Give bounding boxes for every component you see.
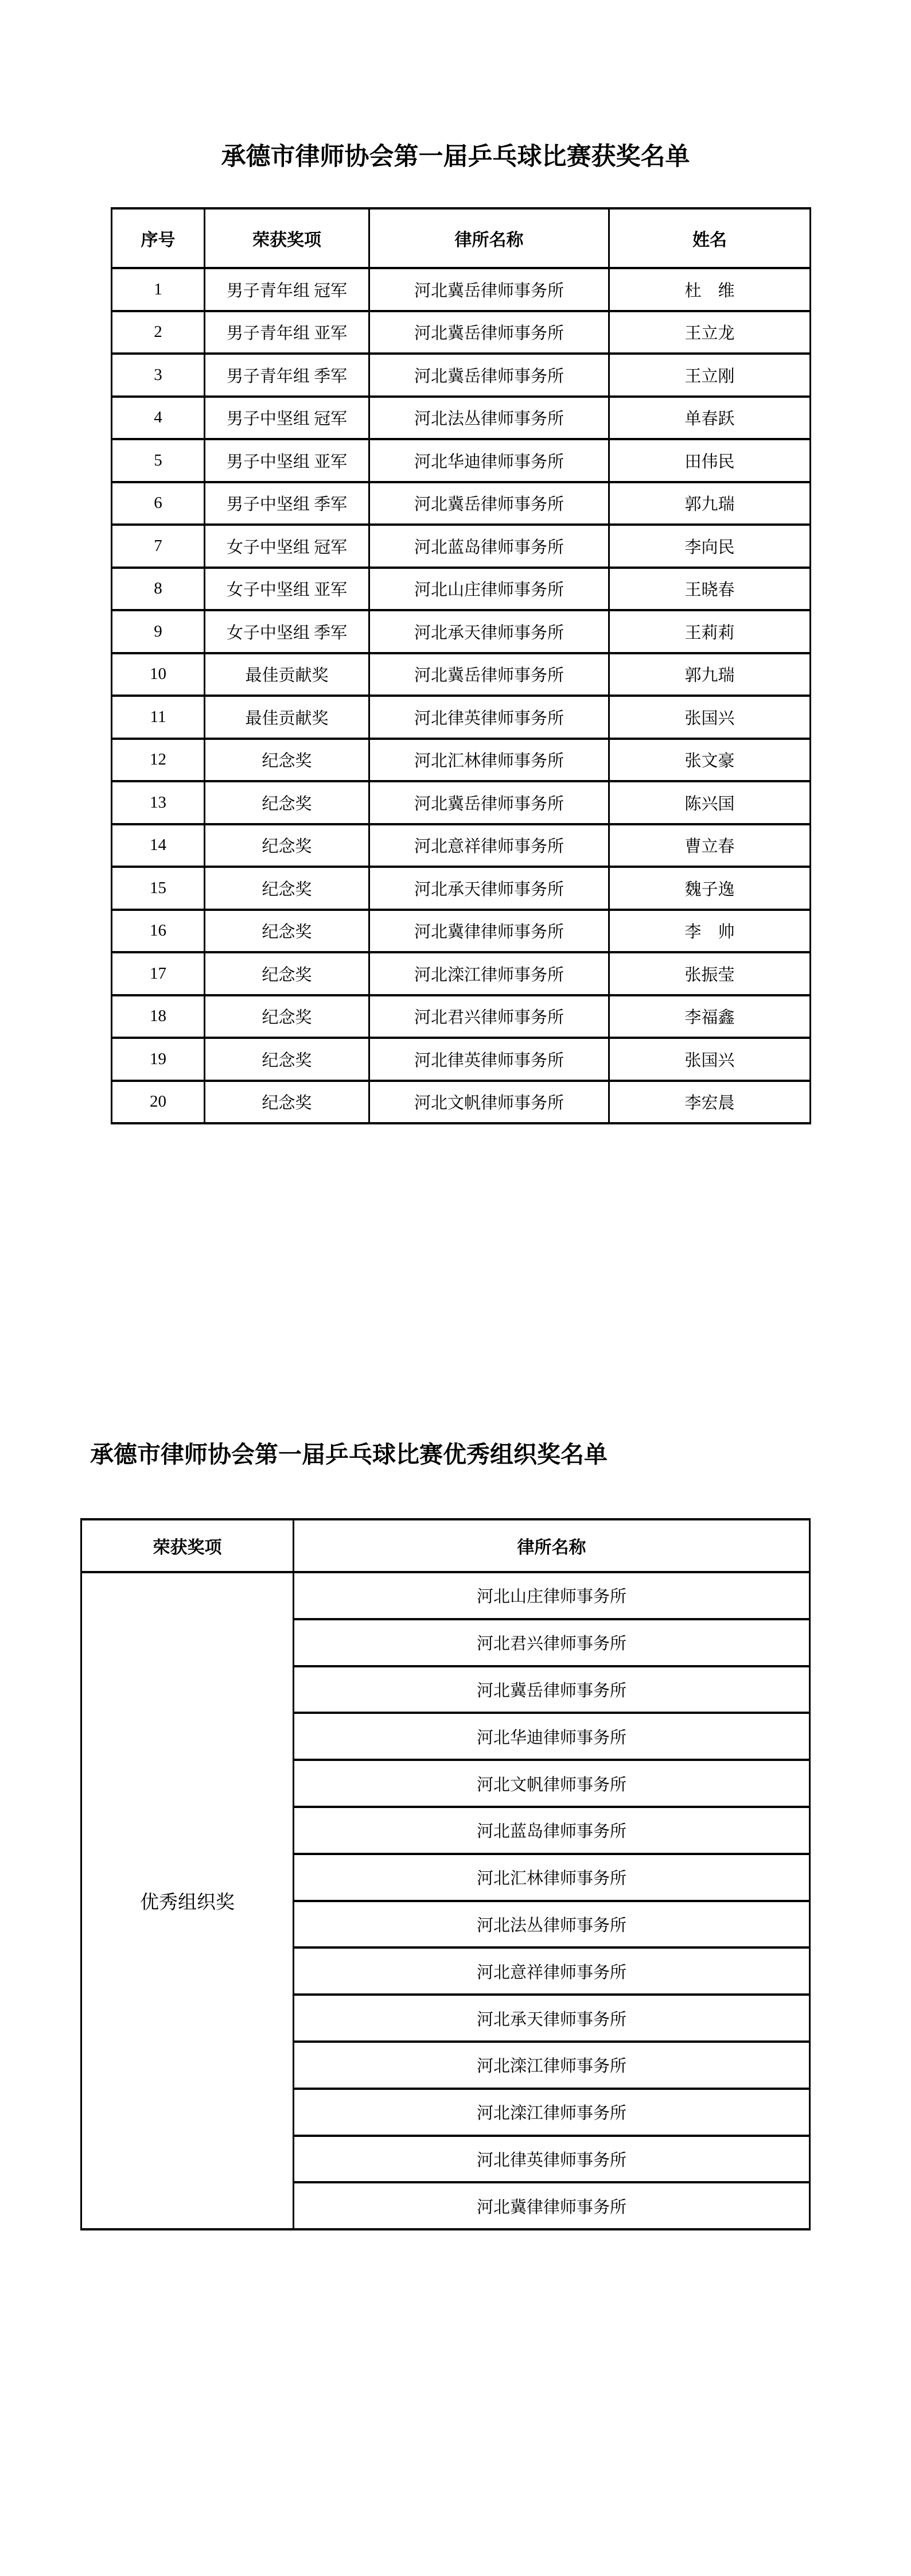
table-cell: 男子青年组 季军 (205, 354, 369, 397)
table-cell: 河北冀岳律师事务所 (294, 1666, 810, 1713)
table-row: 2男子青年组 亚军河北冀岳律师事务所王立龙 (112, 311, 811, 354)
table-cell: 王莉莉 (609, 610, 811, 653)
table-row: 11最佳贡献奖河北律英律师事务所张国兴 (112, 696, 811, 739)
table-cell: 河北承天律师事务所 (294, 1995, 810, 2042)
table-cell: 男子青年组 冠军 (205, 268, 369, 311)
table-cell: 河北法丛律师事务所 (294, 1901, 810, 1948)
table-cell: 河北滦江律师事务所 (294, 2089, 810, 2136)
table-cell: 16 (112, 910, 205, 953)
table-cell: 纪念奖 (205, 824, 369, 867)
table-cell: 17 (112, 952, 205, 995)
table-row: 20纪念奖河北文帆律师事务所李宏晨 (112, 1081, 811, 1124)
table-cell: 女子中坚组 季军 (205, 610, 369, 653)
table-cell: 河北君兴律师事务所 (294, 1619, 810, 1666)
table-cell: 单春跃 (609, 397, 811, 440)
table-row: 7女子中坚组 冠军河北蓝岛律师事务所李向民 (112, 525, 811, 568)
table-cell: 河北冀岳律师事务所 (369, 653, 609, 696)
header-cell-award: 荣获奖项 (81, 1519, 294, 1572)
table-cell: 河北律英律师事务所 (294, 2136, 810, 2183)
table-cell: 河北华迪律师事务所 (369, 439, 609, 482)
header-cell-index: 序号 (112, 208, 205, 268)
table-cell: 河北冀岳律师事务所 (369, 781, 609, 824)
table-cell: 男子中坚组 季军 (205, 482, 369, 525)
org-table-header-row: 荣获奖项 律所名称 (81, 1519, 810, 1572)
table-cell: 3 (112, 354, 205, 397)
table-cell: 河北君兴律师事务所 (369, 995, 609, 1038)
table-row: 3男子青年组 季军河北冀岳律师事务所王立刚 (112, 354, 811, 397)
award-category-cell: 优秀组织奖 (81, 1572, 294, 2229)
table-row: 优秀组织奖河北山庄律师事务所 (81, 1572, 810, 1619)
table-cell: 6 (112, 482, 205, 525)
table-cell: 河北冀律律师事务所 (369, 910, 609, 953)
table-cell: 河北冀岳律师事务所 (369, 482, 609, 525)
table-cell: 河北冀岳律师事务所 (369, 268, 609, 311)
table-cell: 河北蓝岛律师事务所 (294, 1807, 810, 1854)
table-cell: 李 帅 (609, 910, 811, 953)
table-row: 12纪念奖河北汇林律师事务所张文豪 (112, 739, 811, 782)
table-row: 16纪念奖河北冀律律师事务所李 帅 (112, 910, 811, 953)
table-cell: 14 (112, 824, 205, 867)
table-cell: 2 (112, 311, 205, 354)
table-cell: 河北承天律师事务所 (369, 867, 609, 910)
table-cell: 男子中坚组 冠军 (205, 397, 369, 440)
table-cell: 纪念奖 (205, 1081, 369, 1124)
table-cell: 河北山庄律师事务所 (369, 568, 609, 611)
table-cell: 郭九瑞 (609, 653, 811, 696)
table-cell: 最佳贡献奖 (205, 653, 369, 696)
table-row: 1男子青年组 冠军河北冀岳律师事务所杜 维 (112, 268, 811, 311)
table-cell: 王立龙 (609, 311, 811, 354)
table-cell: 河北冀岳律师事务所 (369, 354, 609, 397)
table-cell: 13 (112, 781, 205, 824)
header-cell-firm: 律所名称 (294, 1519, 810, 1572)
table-cell: 河北汇林律师事务所 (369, 739, 609, 782)
table-row: 6男子中坚组 季军河北冀岳律师事务所郭九瑞 (112, 482, 811, 525)
header-cell-award: 荣获奖项 (205, 208, 369, 268)
table-cell: 李向民 (609, 525, 811, 568)
table-row: 4男子中坚组 冠军河北法丛律师事务所单春跃 (112, 397, 811, 440)
table-cell: 女子中坚组 冠军 (205, 525, 369, 568)
table-cell: 河北意祥律师事务所 (294, 1947, 810, 1995)
org-awards-table: 荣获奖项 律所名称 优秀组织奖河北山庄律师事务所河北君兴律师事务所河北冀岳律师事… (80, 1518, 811, 2230)
table-row: 13纪念奖河北冀岳律师事务所陈兴国 (112, 781, 811, 824)
table-row: 17纪念奖河北滦江律师事务所张振莹 (112, 952, 811, 995)
table-cell: 李福鑫 (609, 995, 811, 1038)
table-row: 14纪念奖河北意祥律师事务所曹立春 (112, 824, 811, 867)
table-cell: 王晓春 (609, 568, 811, 611)
table-cell: 1 (112, 268, 205, 311)
table-cell: 田伟民 (609, 439, 811, 482)
table-cell: 12 (112, 739, 205, 782)
table-cell: 河北滦江律师事务所 (294, 2042, 810, 2089)
table-cell: 18 (112, 995, 205, 1038)
table-cell: 河北承天律师事务所 (369, 610, 609, 653)
table-cell: 7 (112, 525, 205, 568)
header-cell-name: 姓名 (609, 208, 811, 268)
org-awards-title: 承德市律师协会第一届乒乓球比赛优秀组织奖名单 (90, 1441, 608, 1469)
table-cell: 纪念奖 (205, 910, 369, 953)
table-cell: 纪念奖 (205, 995, 369, 1038)
table-cell: 纪念奖 (205, 867, 369, 910)
table-cell: 曹立春 (609, 824, 811, 867)
table-cell: 男子中坚组 亚军 (205, 439, 369, 482)
table-row: 15纪念奖河北承天律师事务所魏子逸 (112, 867, 811, 910)
table-cell: 15 (112, 867, 205, 910)
table-cell: 11 (112, 696, 205, 739)
table-cell: 河北意祥律师事务所 (369, 824, 609, 867)
table-cell: 张国兴 (609, 696, 811, 739)
awards-table-header-row: 序号 荣获奖项 律所名称 姓名 (112, 208, 811, 268)
table-cell: 8 (112, 568, 205, 611)
table-cell: 5 (112, 439, 205, 482)
table-cell: 河北冀岳律师事务所 (369, 311, 609, 354)
table-cell: 河北律英律师事务所 (369, 1038, 609, 1081)
table-cell: 河北法丛律师事务所 (369, 397, 609, 440)
table-cell: 10 (112, 653, 205, 696)
table-cell: 20 (112, 1081, 205, 1124)
table-cell: 9 (112, 610, 205, 653)
table-row: 8女子中坚组 亚军河北山庄律师事务所王晓春 (112, 568, 811, 611)
table-cell: 河北蓝岛律师事务所 (369, 525, 609, 568)
table-row: 19纪念奖河北律英律师事务所张国兴 (112, 1038, 811, 1081)
table-cell: 河北律英律师事务所 (369, 696, 609, 739)
table-cell: 张振莹 (609, 952, 811, 995)
table-cell: 19 (112, 1038, 205, 1081)
table-cell: 河北华迪律师事务所 (294, 1713, 810, 1760)
table-cell: 李宏晨 (609, 1081, 811, 1124)
table-cell: 纪念奖 (205, 1038, 369, 1081)
table-cell: 杜 维 (609, 268, 811, 311)
header-cell-firm: 律所名称 (369, 208, 609, 268)
table-row: 18纪念奖河北君兴律师事务所李福鑫 (112, 995, 811, 1038)
table-cell: 张国兴 (609, 1038, 811, 1081)
awards-list-title: 承德市律师协会第一届乒乓球比赛获奖名单 (0, 142, 911, 172)
table-row: 5男子中坚组 亚军河北华迪律师事务所田伟民 (112, 439, 811, 482)
table-cell: 河北冀律律师事务所 (294, 2182, 810, 2229)
table-cell: 河北汇林律师事务所 (294, 1854, 810, 1901)
table-cell: 河北滦江律师事务所 (369, 952, 609, 995)
table-cell: 陈兴国 (609, 781, 811, 824)
table-cell: 张文豪 (609, 739, 811, 782)
table-cell: 男子青年组 亚军 (205, 311, 369, 354)
table-cell: 郭九瑞 (609, 482, 811, 525)
table-cell: 纪念奖 (205, 739, 369, 782)
table-cell: 魏子逸 (609, 867, 811, 910)
table-cell: 河北山庄律师事务所 (294, 1572, 810, 1619)
table-cell: 王立刚 (609, 354, 811, 397)
table-cell: 女子中坚组 亚军 (205, 568, 369, 611)
table-cell: 河北文帆律师事务所 (294, 1760, 810, 1807)
table-row: 9女子中坚组 季军河北承天律师事务所王莉莉 (112, 610, 811, 653)
table-cell: 最佳贡献奖 (205, 696, 369, 739)
table-cell: 4 (112, 397, 205, 440)
awards-table: 序号 荣获奖项 律所名称 姓名 1男子青年组 冠军河北冀岳律师事务所杜 维2男子… (111, 207, 811, 1124)
table-cell: 河北文帆律师事务所 (369, 1081, 609, 1124)
table-row: 10最佳贡献奖河北冀岳律师事务所郭九瑞 (112, 653, 811, 696)
table-cell: 纪念奖 (205, 781, 369, 824)
table-cell: 纪念奖 (205, 952, 369, 995)
